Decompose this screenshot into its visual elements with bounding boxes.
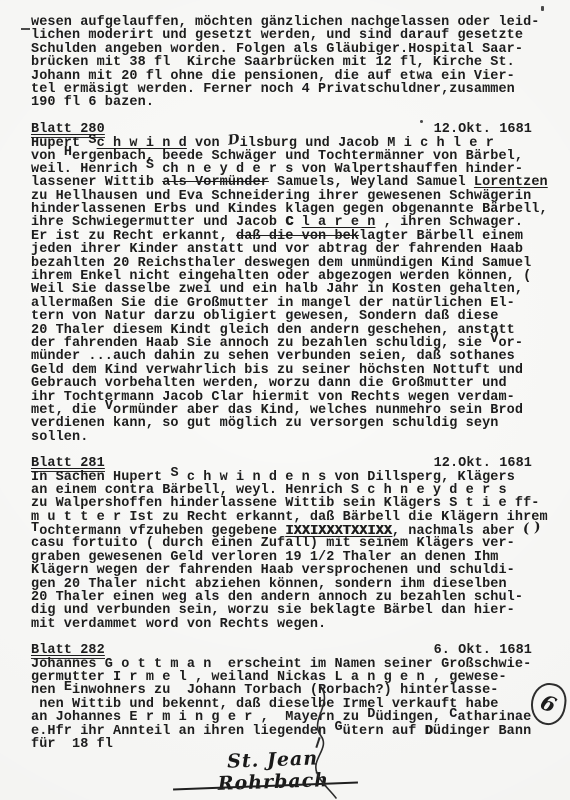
entry-date-280: 12.Okt. 1681 [434, 123, 532, 136]
text-line: bezahlten 20 Reichsthaler deswegen dem u… [31, 257, 544, 270]
text-line: Hupert Sc h w i n d von Dilsburg und Jac… [31, 136, 544, 149]
entry-date-282: 6. Okt. 1681 [434, 644, 532, 657]
text-line: Schulden angeben worden. Folgen als Gläu… [31, 43, 544, 56]
entry-blatt-280: Blatt 280 12.Okt. 1681 Hupert Sc h w i n… [31, 123, 544, 444]
text-line: 20 Thaler diesem Kindt gleich den andern… [31, 324, 544, 337]
entry-blatt-281: Blatt 281 12.Okt. 1681 In Sachen Hupert … [31, 457, 544, 631]
text-line: met, die Vormünder aber das Kind, welche… [31, 404, 544, 417]
text-line: graben gewesenen Geld verloren 19 1/2 Th… [31, 551, 544, 564]
text-line: lassener Wittib als Vormünder Samuels, W… [31, 176, 544, 189]
text-line: casu fortuito ( durch einen Zufall) mit … [31, 537, 544, 550]
text-line: Gebrauch vorbehalten werden, worzu dann … [31, 377, 544, 390]
entry-header-281: Blatt 281 12.Okt. 1681 [31, 457, 544, 470]
text-line: Er ist zu Recht erkannt, daß die von bek… [31, 230, 544, 243]
entry-blatt-282: Blatt 282 6. Okt. 1681 Johannes G o t t … [31, 644, 544, 751]
text-line: ihrem Enkel nicht eingehalten oder abgez… [31, 270, 544, 283]
text-line: münder ...auch dahin zu sehen verbunden … [31, 350, 544, 363]
text-line: an Johannes E r m i n g e r , Mayern zu … [31, 711, 544, 724]
text-line: zu Walpershoffen hinderlassene Wittib se… [31, 497, 544, 510]
text-line: gen 20 Thaler nicht abziehen können, son… [31, 578, 544, 591]
text-line: lichen moderirt und gesetzt werden, und … [31, 29, 544, 42]
text-line: weil. Henrich S ch n e y d e r s von Wal… [31, 163, 544, 176]
intro-paragraph: wesen aufgelauffen, möchten gänzlichen n… [31, 16, 544, 110]
circled-number-value: 6 [539, 695, 558, 713]
text-line: tern von Natur darzu obligiert gewesen, … [31, 310, 544, 323]
text-line: nen Einwohners zu Johann Torbach (Rorbac… [31, 684, 544, 697]
handwritten-stroke [303, 686, 345, 800]
text-line: tel ermäsigt werden. Ferner noch 4 Priva… [31, 83, 544, 96]
text-line: allermaßen Sie die Großmutter in mangel … [31, 297, 544, 310]
text-line: In Sachen Hupert S c h w i n d e n s von… [31, 471, 544, 484]
text-line: Tochtermann vfzuheben gegebene IXXIXXXTX… [31, 524, 544, 537]
text-line: Weil Sie dasselbe zwei und ein halb Jahr… [31, 283, 544, 296]
document-page: wesen aufgelauffen, möchten gänzlichen n… [0, 0, 570, 800]
text-line: brücken mit 38 fl Kirche Saarbrücken mit… [31, 56, 544, 69]
text-line: Geld dem Kind verwahrlich bis zu seiner … [31, 364, 544, 377]
entry-body-280: Hupert Sc h w i n d von Dilsburg und Jac… [31, 136, 544, 444]
text-line: von Hergenbach, beede Schwäger und Tocht… [31, 150, 544, 163]
scan-speck [420, 120, 423, 123]
scan-speck [21, 28, 30, 30]
entry-header-282: Blatt 282 6. Okt. 1681 [31, 644, 544, 657]
text-line: mit verdammet word von Rechts wegen. [31, 618, 544, 631]
text-line: Klägern wegen der fahrenden Haab verspro… [31, 564, 544, 577]
scan-speck [541, 6, 544, 11]
text-line: hinderlassenen Erbs und Kindes klagen ge… [31, 203, 544, 216]
text-line: an einem contra Bärbell, weyl. Henrich S… [31, 484, 544, 497]
text-line: dig und verbunden sein, worzu sie beklag… [31, 604, 544, 617]
text-line: ihre Schwiegermutter und Jacob C l a r e… [31, 216, 544, 229]
entry-date-281: 12.Okt. 1681 [434, 457, 532, 470]
entry-body-282: Johannes G o t t m a n erscheint im Name… [31, 658, 544, 752]
text-line: Johannes G o t t m a n erscheint im Name… [31, 658, 544, 671]
text-line: nen Wittib und bekennt, daß dieselbe Irm… [31, 698, 544, 711]
text-line: zu Hellhausen und Eva Schneidering ihrer… [31, 190, 544, 203]
text-line: wesen aufgelauffen, möchten gänzlichen n… [31, 16, 544, 29]
entry-header-280: Blatt 280 12.Okt. 1681 [31, 123, 544, 136]
text-line: e.Hfr ihr Annteil an ihren liegenden Güt… [31, 725, 544, 738]
text-line: m u t t e r Ist zu Recht erkannt, daß Bä… [31, 511, 544, 524]
text-line: sollen. [31, 431, 544, 444]
text-line: Johann mit 20 fl ohne die pensionen, die… [31, 70, 544, 83]
text-line: der fahrenden Haab Sie annoch zu bezahle… [31, 337, 544, 350]
text-line: 190 fl 6 bazen. [31, 96, 544, 109]
entry-body-281: In Sachen Hupert S c h w i n d e n s von… [31, 471, 544, 632]
text-line: 20 Thaler einen weg als den andern annoc… [31, 591, 544, 604]
text-line: verdienen kann, so gut möglich zu versor… [31, 417, 544, 430]
text-line: germutter I r m e l , weiland Nickas L a… [31, 671, 544, 684]
text-line: jeden ihrer Kinder anstatt und vor abtra… [31, 243, 544, 256]
